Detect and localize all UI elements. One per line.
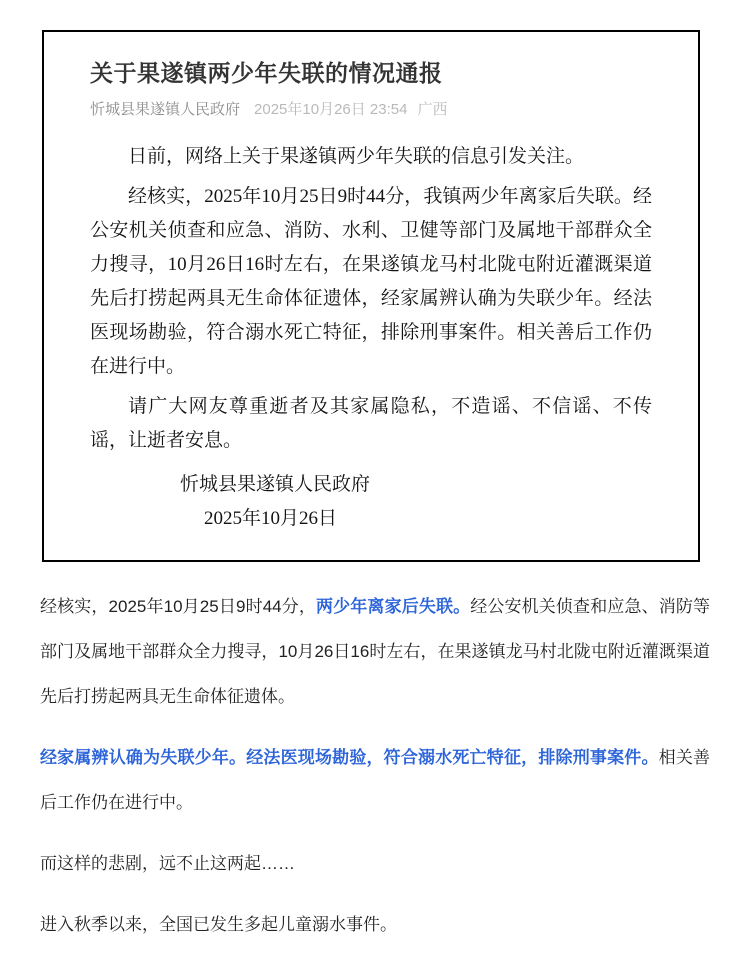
notice-source-account: 忻城县果遂镇人民政府 <box>90 101 240 118</box>
notice-signature: 忻城县果遂镇人民政府 <box>180 470 652 500</box>
notice-publish-time: 2025年10月26日 23:54 <box>254 101 407 118</box>
article-paragraph-1: 经核实，2025年10月25日9时44分，两少年离家后失联。经公安机关侦查和应急… <box>40 584 710 719</box>
article-body: 经核实，2025年10月25日9时44分，两少年离家后失联。经公安机关侦查和应急… <box>40 584 710 947</box>
notice-paragraph: 经核实，2025年10月25日9时44分，我镇两少年离家后失联。经公安机关侦查和… <box>90 180 652 384</box>
article-paragraph-3: 而这样的悲剧，远不止这两起…… <box>40 841 710 886</box>
article-page: { "notice_card": { "title": "关于果遂镇两少年失联的… <box>0 30 742 947</box>
p1-lead-text: 经核实，2025年10月25日9时44分， <box>40 597 316 616</box>
notice-body: 日前，网络上关于果遂镇两少年失联的信息引发关注。 经核实，2025年10月25日… <box>90 140 652 458</box>
p1-highlight-text: 两少年离家后失联。 <box>316 597 470 616</box>
notice-signature-date: 2025年10月26日 <box>204 504 652 534</box>
notice-paragraph: 日前，网络上关于果遂镇两少年失联的信息引发关注。 <box>90 140 652 174</box>
article-paragraph-4: 进入秋季以来，全国已发生多起儿童溺水事件。 <box>40 902 710 947</box>
notice-title: 关于果遂镇两少年失联的情况通报 <box>90 58 652 89</box>
notice-meta: 忻城县果遂镇人民政府2025年10月26日 23:54广西 <box>90 100 652 120</box>
article-paragraph-2: 经家属辨认确为失联少年。经法医现场勘验，符合溺水死亡特征，排除刑事案件。相关善后… <box>40 735 710 825</box>
notice-paragraph: 请广大网友尊重逝者及其家属隐私，不造谣、不信谣、不传谣，让逝者安息。 <box>90 390 652 458</box>
p2-highlight-text: 经家属辨认确为失联少年。经法医现场勘验，符合溺水死亡特征，排除刑事案件。 <box>40 748 659 767</box>
notice-image-card[interactable]: 关于果遂镇两少年失联的情况通报 忻城县果遂镇人民政府2025年10月26日 23… <box>42 30 700 562</box>
notice-region: 广西 <box>417 101 447 118</box>
